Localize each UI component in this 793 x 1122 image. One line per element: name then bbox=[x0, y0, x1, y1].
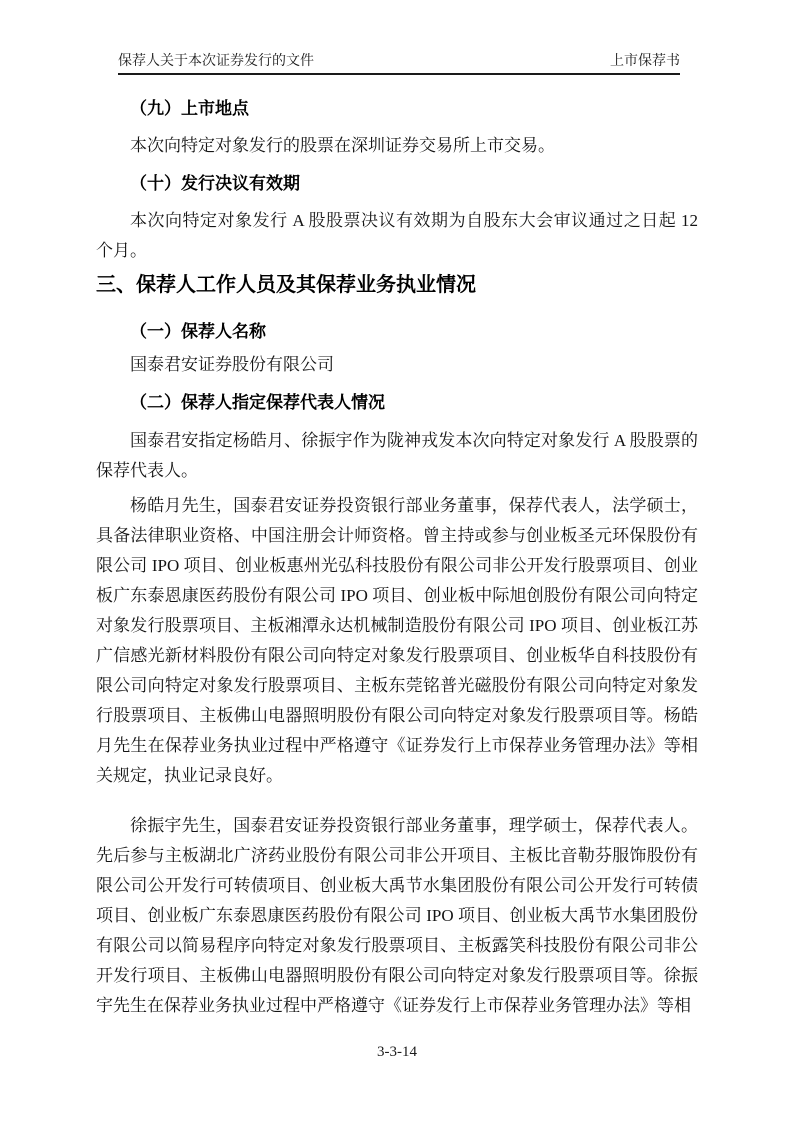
heading-listing-location: （九）上市地点 bbox=[96, 98, 698, 120]
heading-resolution-validity: （十）发行决议有效期 bbox=[96, 173, 698, 195]
page-header-rule: 保荐人关于本次证券发行的文件 上市保荐书 bbox=[118, 54, 680, 75]
chapter-heading-sponsor-staff: 三、保荐人工作人员及其保荐业务执业情况 bbox=[96, 268, 698, 302]
page-number: 3-3-14 bbox=[96, 1043, 698, 1061]
document-body: （九）上市地点 本次向特定对象发行的股票在深圳证券交易所上市交易。 （十）发行决… bbox=[96, 98, 698, 1061]
para-listing-location: 本次向特定对象发行的股票在深圳证券交易所上市交易。 bbox=[96, 131, 698, 161]
header-left-title: 保荐人关于本次证券发行的文件 bbox=[118, 54, 314, 70]
para-representative-xu-zhenyu: 徐振宇先生，国泰君安证券投资银行部业务董事，理学硕士，保荐代表人。先后参与主板湖… bbox=[96, 811, 698, 1021]
para-representative-yang-haoyue: 杨皓月先生，国泰君安证券投资银行部业务董事，保荐代表人，法学硕士，具备法律职业资… bbox=[96, 491, 698, 791]
heading-sponsor-representatives: （二）保荐人指定保荐代表人情况 bbox=[96, 392, 698, 414]
para-representatives-intro: 国泰君安指定杨皓月、徐振宇作为陇神戎发本次向特定对象发行 A 股股票的保荐代表人… bbox=[96, 426, 698, 486]
para-sponsor-name: 国泰君安证券股份有限公司 bbox=[96, 350, 698, 380]
page-header: 保荐人关于本次证券发行的文件 上市保荐书 bbox=[118, 0, 680, 75]
document-page: 保荐人关于本次证券发行的文件 上市保荐书 （九）上市地点 本次向特定对象发行的股… bbox=[0, 0, 793, 1122]
para-resolution-validity: 本次向特定对象发行 A 股股票决议有效期为自股东大会审议通过之日起 12 个月。 bbox=[96, 206, 698, 266]
heading-sponsor-name: （一）保荐人名称 bbox=[96, 321, 698, 343]
header-right-title: 上市保荐书 bbox=[610, 54, 680, 70]
